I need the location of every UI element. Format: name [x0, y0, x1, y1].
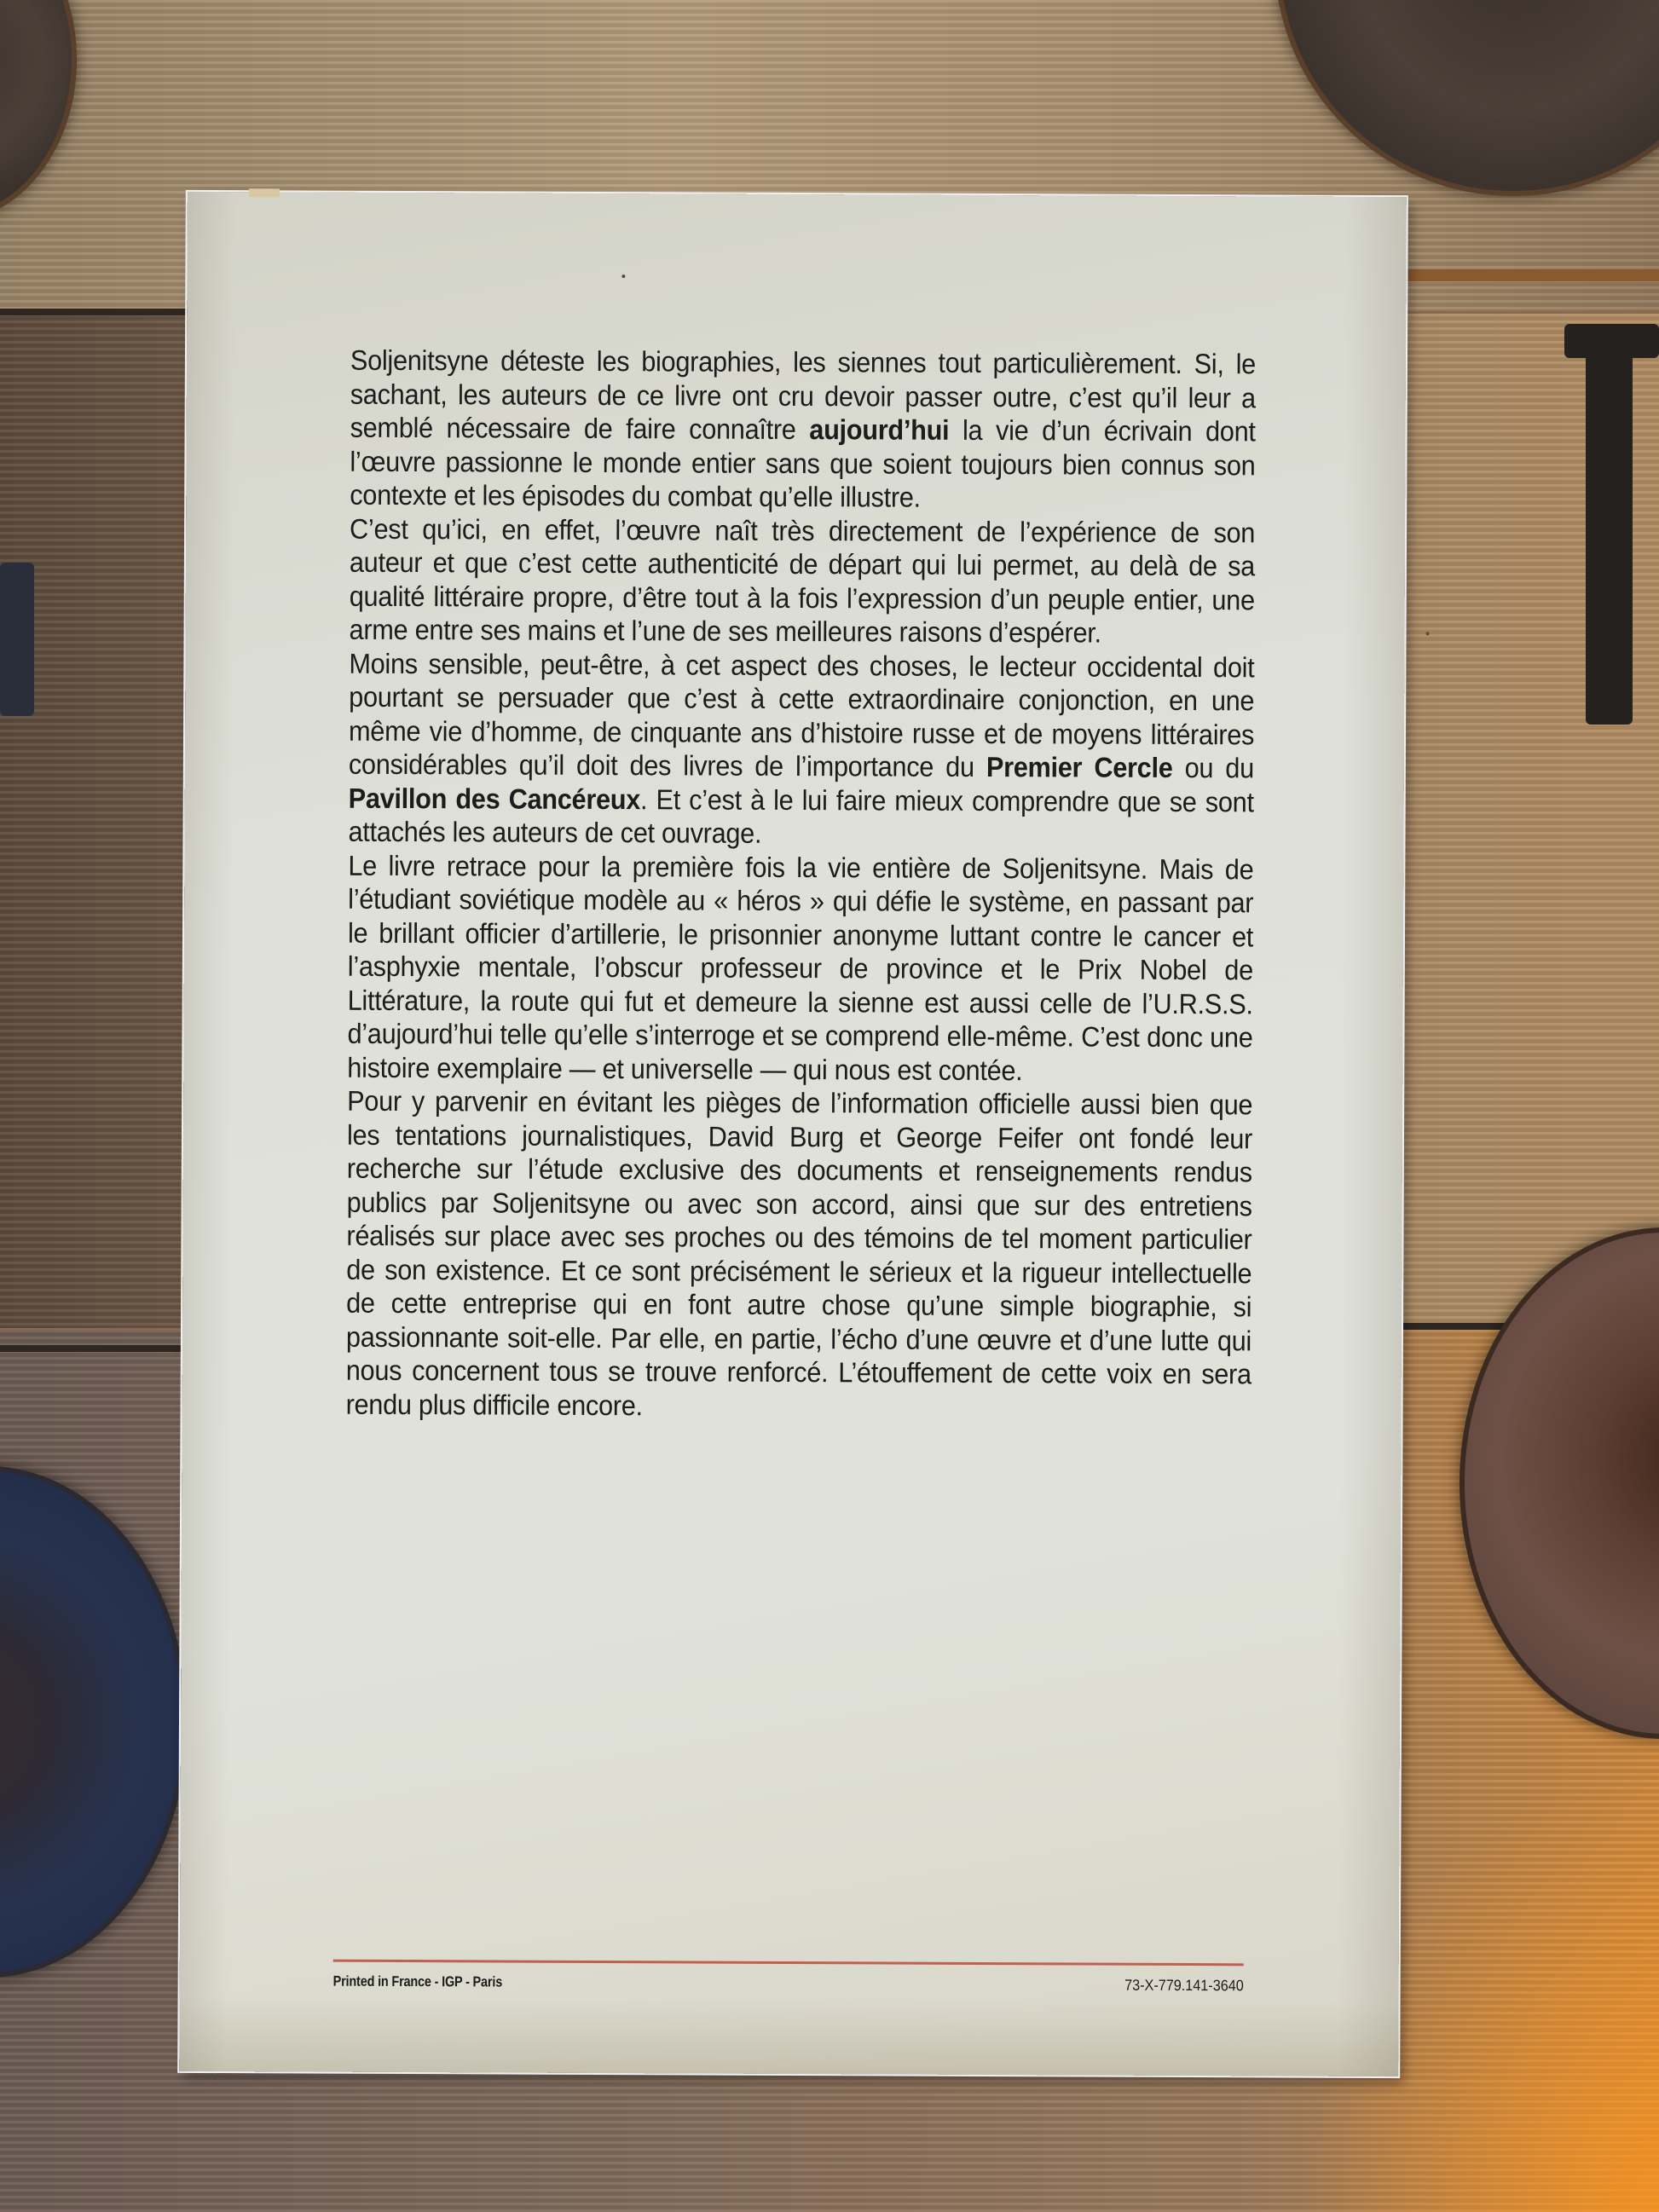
bold-title-text: Pavillon des Cancéreux [349, 782, 641, 814]
plank-seam [0, 1345, 188, 1352]
book-back-cover: Soljenitsyne déteste les biographies, le… [179, 192, 1407, 2076]
paint-mark [1564, 324, 1659, 358]
cover-blurb-text: Soljenitsyne déteste les biographies, le… [346, 344, 1257, 1425]
blurb-paragraph: C’est qu’ici, en effet, l’œuvre naît trè… [349, 511, 1255, 650]
paragraph-text: Le livre retrace pour la première fois l… [347, 849, 1253, 1085]
paint-mark [1586, 324, 1633, 725]
bold-title-text: aujourd’hui [809, 413, 949, 446]
printer-imprint: Printed in France - IGP - Paris [333, 1973, 503, 1991]
paper-speck [621, 274, 625, 278]
paper-speck [1426, 632, 1430, 635]
blurb-paragraph: Pour y parvenir en évitant les pièges de… [346, 1084, 1253, 1425]
blurb-paragraph: Le livre retrace pour la première fois l… [347, 848, 1253, 1088]
plank-seam [1398, 269, 1659, 281]
paragraph-text: C’est qu’ici, en effet, l’œuvre naît trè… [349, 512, 1255, 648]
blurb-paragraph: Soljenitsyne déteste les biographies, le… [350, 344, 1256, 516]
red-rule-line [333, 1960, 1244, 1967]
paragraph-text: ou du [1172, 752, 1254, 783]
blurb-paragraph: Moins sensible, peut-être, à cet aspect … [348, 646, 1254, 852]
tape-scrap [249, 188, 280, 197]
bold-title-text: Premier Cercle [986, 751, 1173, 783]
plank-seam [0, 309, 188, 315]
catalog-code: 73-X-779.141-3640 [1124, 1977, 1244, 1995]
paint-mark [0, 563, 34, 716]
paragraph-text: Pour y parvenir en évitant les pièges de… [346, 1085, 1253, 1421]
